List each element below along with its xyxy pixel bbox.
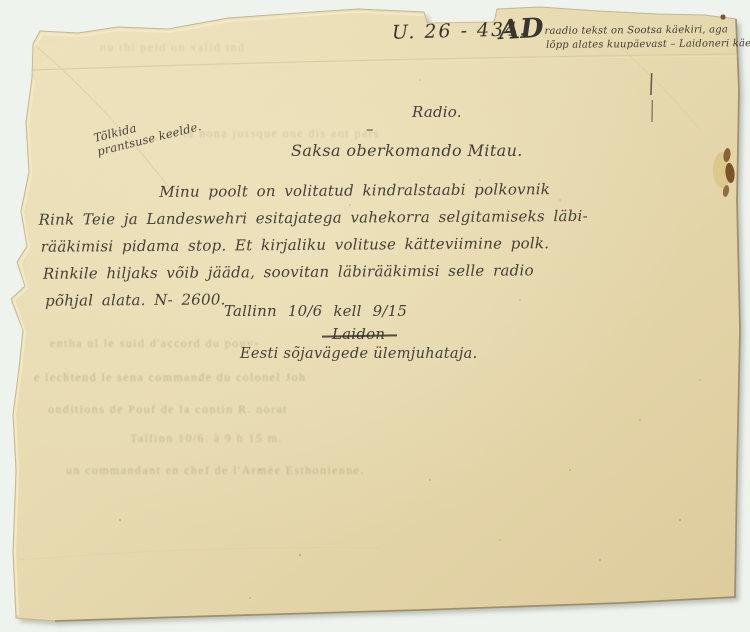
bleedthrough-line: un commandant en chef de l'Armée Esthoni… (66, 463, 365, 478)
dateline: Tallinn 10/6 kell 9/15 (224, 302, 407, 320)
signature-line: Eesti sõjavägede ülemjuhataja. (240, 346, 478, 362)
address-heading: Saksa oberkomando Mitau. (291, 141, 523, 160)
body-line: põhjal alata. N- 2600. (45, 290, 226, 309)
body-line: Rinkile hiljaks võib jääda, soovitan läb… (43, 261, 534, 282)
bleedthrough-line: Tallinn 10/6. à 9 h 15 m. (130, 431, 283, 446)
bleedthrough-line: onditions de Pouf de la contin R. norat (48, 402, 288, 417)
bleedthrough-line: nu thi peid on valid tnd (100, 40, 245, 55)
archival-note-line1: – raadio tekst on Sootsa käekiri, aga (536, 24, 750, 37)
archival-note: – raadio tekst on Sootsa käekiri, aga lõ… (536, 24, 750, 51)
bleedthrough-line: entha ul le suid d'accord du pouv- (50, 336, 260, 351)
body-line: Minu poolt on volitatud kindralstaabi po… (159, 180, 550, 201)
body-line: Rink Teie ja Landeswehri esitajatega vah… (38, 207, 587, 229)
archival-note-line2: lõpp alates kuupäevast – Laidoneri käeki… (546, 38, 750, 51)
bleedthrough-line: e lechtend le sena commande du colonel J… (34, 370, 306, 385)
struck-out-word: Laidon (332, 325, 385, 343)
document-scan: nu thi peid on valid tnd st ta nona juss… (0, 0, 750, 632)
heading-dash: – (366, 120, 374, 138)
radio-heading: Radio. (412, 103, 462, 121)
body-line: rääkimisi pidama stop. Et kirjaliku voli… (41, 234, 550, 256)
